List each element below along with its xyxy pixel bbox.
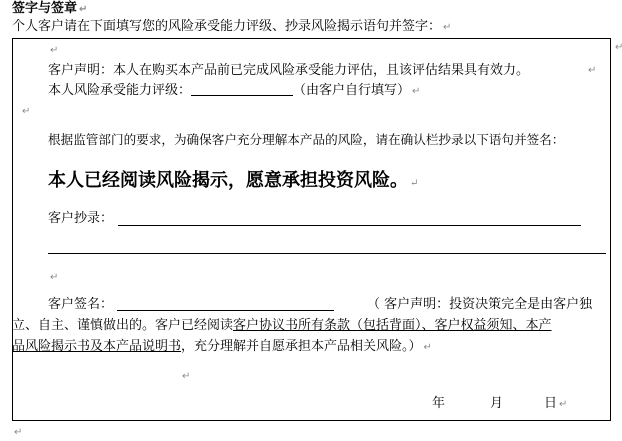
- transcription-label-text: 客户抄录：: [48, 211, 113, 226]
- signature-label-text: 客户签名：: [48, 297, 113, 312]
- section-heading: 签字与签章↵: [12, 1, 87, 18]
- paragraph-mark-icon: ↵: [443, 22, 451, 33]
- paragraph-mark-icon: ↵: [410, 178, 418, 189]
- date-year-label: 年: [432, 396, 445, 412]
- paragraph-mark-icon: ↵: [559, 399, 567, 410]
- signature-label: 客户签名：: [48, 297, 113, 313]
- transcription-label: 客户抄录：: [48, 211, 113, 227]
- paragraph-mark-icon: ↵: [14, 425, 22, 441]
- signature-input[interactable]: [117, 310, 334, 311]
- declaration-2-line-2-underlined: 客户协议书所有条款（包括背面）、客户权益须知、本产: [233, 318, 552, 333]
- paragraph-mark-icon: ↵: [50, 43, 58, 59]
- instruction-label: 个人客户请在下面填写您的风险承受能力评级、抄录风险揭示语句并签字：: [12, 19, 441, 34]
- risk-statement: 本人已经阅读风险揭示，愿意承担投资风险。↵: [48, 170, 418, 195]
- declaration-2-line-1-text: （ 客户声明：投资决策完全是由客户独: [367, 297, 592, 312]
- paragraph-mark-icon: ↵: [79, 4, 87, 15]
- paragraph-mark-icon: ↵: [424, 342, 432, 353]
- declaration-2-line-3: 品风险揭示书及本产品说明书，充分理解并自愿承担本产品相关风险。）↵: [12, 339, 432, 356]
- regulatory-instruction-text: 根据监管部门的要求，为确保客户充分理解本产品的风险，请在确认栏抄录以下语句并签名…: [48, 132, 564, 147]
- risk-rating-label: 本人风险承受能力评级：: [48, 83, 191, 98]
- risk-rating-hint: （由客户自行填写）: [293, 83, 410, 98]
- regulatory-instruction: 根据监管部门的要求，为确保客户充分理解本产品的风险，请在确认栏抄录以下语句并签名…: [48, 132, 564, 148]
- risk-rating-row: 本人风险承受能力评级：（由客户自行填写）↵: [48, 83, 420, 100]
- risk-rating-input[interactable]: [191, 83, 293, 96]
- transcription-input-line-2[interactable]: [48, 253, 606, 254]
- declaration-1-text: 客户声明：本人在购买本产品前已完成风险承受能力评估，且该评估结果具有效力。: [48, 63, 529, 78]
- paragraph-mark-icon: ↵: [22, 104, 30, 120]
- date-day-text: 日: [544, 396, 557, 411]
- declaration-2-line-2-plain: 立、自主、谨慎做出的。客户已经阅读: [12, 318, 233, 333]
- paragraph-mark-icon: ↵: [50, 270, 58, 286]
- heading-text: 签字与签章: [12, 1, 77, 16]
- risk-statement-text: 本人已经阅读风险揭示，愿意承担投资风险。: [48, 170, 408, 191]
- paragraph-mark-icon: ↵: [615, 40, 622, 56]
- declaration-2-line-2: 立、自主、谨慎做出的。客户已经阅读客户协议书所有条款（包括背面）、客户权益须知、…: [12, 318, 552, 334]
- declaration-2-line-1: （ 客户声明：投资决策完全是由客户独: [367, 297, 592, 313]
- transcription-input-line-1[interactable]: [118, 225, 581, 226]
- date-day-label: 日↵: [544, 396, 567, 413]
- declaration-2-line-3-underlined: 品风险揭示书及本产品说明书: [12, 339, 181, 354]
- instruction-text: 个人客户请在下面填写您的风险承受能力评级、抄录风险揭示语句并签字：↵: [12, 19, 451, 36]
- declaration-2-line-3-plain: ，充分理解并自愿承担本产品相关风险。）: [181, 339, 422, 354]
- paragraph-mark-icon: ↵: [588, 63, 596, 79]
- date-month-label: 月: [490, 396, 503, 412]
- paragraph-mark-icon: ↵: [412, 86, 420, 97]
- paragraph-mark-icon: ↵: [182, 369, 190, 385]
- customer-declaration-1: 客户声明：本人在购买本产品前已完成风险承受能力评估，且该评估结果具有效力。: [48, 63, 529, 79]
